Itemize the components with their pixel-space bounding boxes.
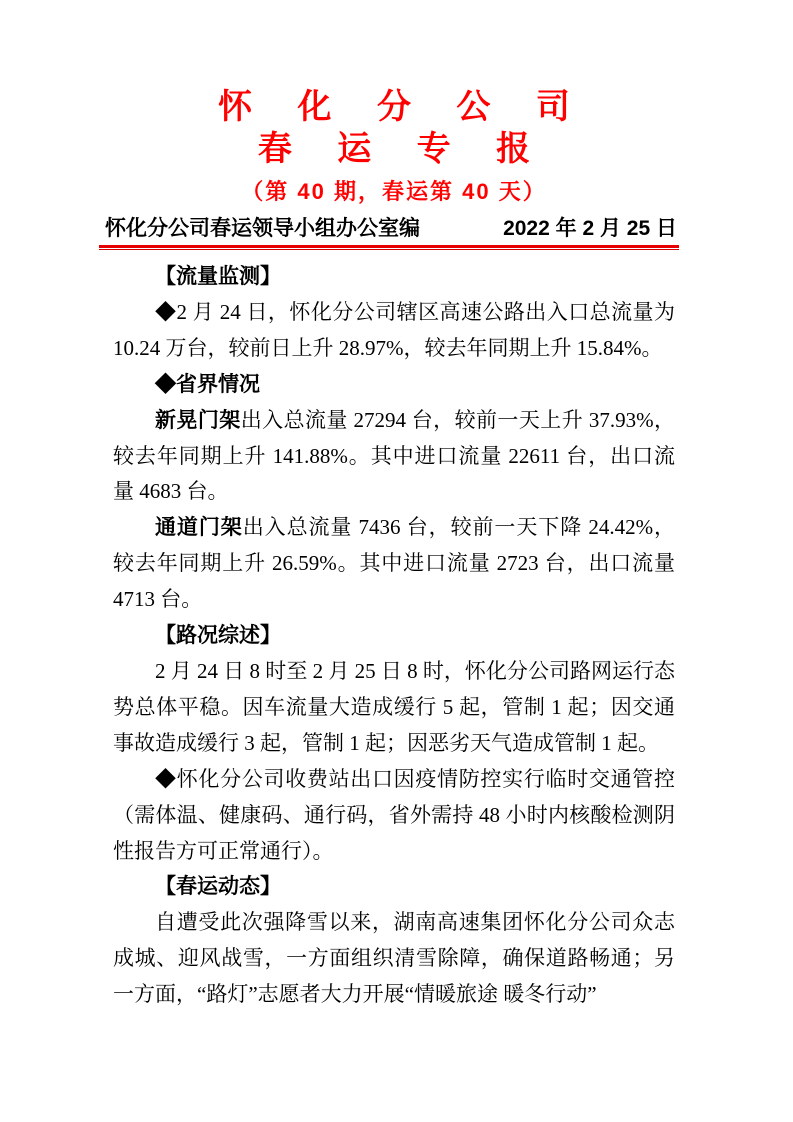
- paragraph-tongdao-gantry: 通道门架出入总流量 7436 台，较前一天下降 24.42%，较去年同期上升 2…: [113, 510, 675, 618]
- document-body: 【流量监测】 ◆2 月 24 日，怀化分公司辖区高速公路出入口总流量为 10.2…: [113, 259, 675, 1013]
- paragraph-total-flow: ◆2 月 24 日，怀化分公司辖区高速公路出入口总流量为 10.24 万台，较前…: [113, 295, 675, 367]
- section-heading-spring-festival: 【春运动态】: [113, 869, 675, 905]
- masthead-date: 2022 年 2 月 25 日: [503, 215, 677, 242]
- masthead-editor: 怀化分公司春运领导小组办公室编: [105, 215, 420, 242]
- red-divider-thick: [99, 245, 679, 248]
- tongdao-gantry-label: 通道门架: [155, 516, 243, 539]
- section-heading-traffic-monitor: 【流量监测】: [113, 259, 675, 295]
- company-name-title: 怀 化 分 公 司: [113, 86, 675, 128]
- section-heading-road-conditions: 【路况综述】: [113, 618, 675, 654]
- paragraph-snow-response: 自遭受此次强降雪以来，湖南高速集团怀化分公司众志成城、迎风战雪，一方面组织清雪除…: [113, 905, 675, 1013]
- paragraph-epidemic-control: ◆怀化分公司收费站出口因疫情防控实行临时交通管控（需体温、健康码、通行码，省外需…: [113, 762, 675, 870]
- document-page: 怀 化 分 公 司 春 运 专 报 （第 40 期，春运第 40 天） 怀化分公…: [0, 0, 793, 1122]
- bulletin-name-title: 春 运 专 报: [113, 128, 675, 170]
- red-divider-thin: [99, 249, 679, 250]
- paragraph-xinhuang-gantry: 新晃门架出入总流量 27294 台，较前一天上升 37.93%，较去年同期上升 …: [113, 403, 675, 511]
- issue-number-line: （第 40 期，春运第 40 天）: [113, 177, 675, 207]
- xinhuang-gantry-label: 新晃门架: [155, 409, 241, 432]
- masthead-row: 怀化分公司春运领导小组办公室编 2022 年 2 月 25 日: [99, 215, 679, 242]
- paragraph-road-network: 2 月 24 日 8 时至 2 月 25 日 8 时，怀化分公司路网运行态势总体…: [113, 654, 675, 762]
- masthead: 怀化分公司春运领导小组办公室编 2022 年 2 月 25 日: [99, 215, 679, 250]
- subheading-province-border: ◆省界情况: [113, 367, 675, 403]
